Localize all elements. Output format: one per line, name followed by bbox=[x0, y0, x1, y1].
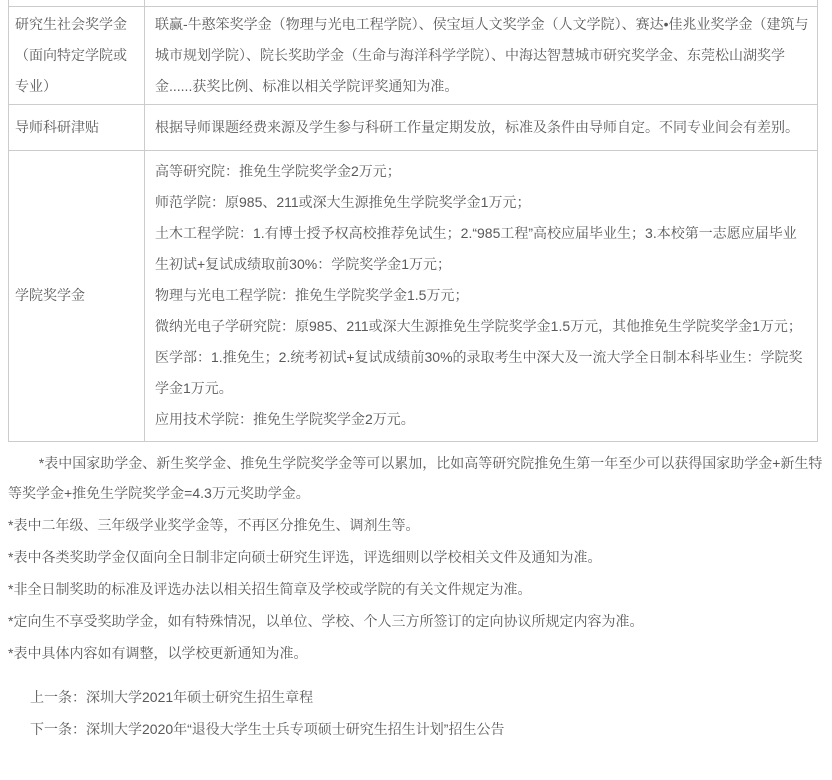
cell-text-line: 师范学院：原985、211或深大生源推免生学院奖学金1万元； bbox=[155, 187, 809, 218]
next-article-label: 下一条： bbox=[30, 721, 86, 737]
footnote-fulltime-only: *表中各类奖助学金仅面向全日制非定向硕士研究生评选，评选细则以学校相关文件及通知… bbox=[8, 542, 824, 572]
article-page: 研究生社会奖学金（面向特定学院或专业） 联赢-牛憨笨奖学金（物理与光电工程学院）… bbox=[0, 0, 832, 780]
row-label-tutor-subsidy: 导师科研津贴 bbox=[9, 105, 145, 151]
cell-text-line: 医学部：1.推免生；2.统考初试+复试成绩前30%的录取考生中深大及一流大学全日… bbox=[155, 342, 809, 404]
footnote-directed: *定向生不享受奖助学金，如有特殊情况，以单位、学校、个人三方所签订的定向协议所规… bbox=[8, 606, 824, 636]
row-content-tutor-subsidy: 根据导师课题经费来源及学生参与科研工作量定期发放，标准及条件由导师自定。不同专业… bbox=[145, 105, 818, 151]
prev-article-label: 上一条： bbox=[30, 689, 86, 705]
row-label-college-scholarship: 学院奖学金 bbox=[9, 151, 145, 442]
footnotes: *表中国家助学金、新生奖学金、推免生学院奖学金等可以累加，比如高等研究院推免生第… bbox=[8, 448, 824, 668]
article-nav: 上一条：深圳大学2021年硕士研究生招生章程 下一条：深圳大学2020年“退役大… bbox=[30, 682, 832, 744]
prev-article-link[interactable]: 深圳大学2021年硕士研究生招生章程 bbox=[86, 689, 313, 705]
table-row-tutor-subsidy: 导师科研津贴 根据导师课题经费来源及学生参与科研工作量定期发放，标准及条件由导师… bbox=[9, 105, 818, 151]
table-row-social-scholarship: 研究生社会奖学金（面向特定学院或专业） 联赢-牛憨笨奖学金（物理与光电工程学院）… bbox=[9, 7, 818, 105]
scholarship-table: 研究生社会奖学金（面向特定学院或专业） 联赢-牛憨笨奖学金（物理与光电工程学院）… bbox=[8, 0, 818, 442]
cell-text-line: 联赢-牛憨笨奖学金（物理与光电工程学院）、侯宝垣人文奖学金（人文学院）、赛达•佳… bbox=[155, 9, 809, 102]
footnote-parttime: *非全日制奖助的标准及评选办法以相关招生简章及学校或学院的有关文件规定为准。 bbox=[8, 574, 824, 604]
footnote-grade: *表中二年级、三年级学业奖学金等，不再区分推免生、调剂生等。 bbox=[8, 510, 824, 540]
prev-article-line: 上一条：深圳大学2021年硕士研究生招生章程 bbox=[30, 682, 832, 712]
next-article-line: 下一条：深圳大学2020年“退役大学生士兵专项硕士研究生招生计划”招生公告 bbox=[30, 714, 832, 744]
cell-text-line: 土木工程学院：1.有博士授予权高校推荐免试生；2.“985工程”高校应届毕业生；… bbox=[155, 218, 809, 280]
table-row-college-scholarship: 学院奖学金 高等研究院：推免生学院奖学金2万元；师范学院：原985、211或深大… bbox=[9, 151, 818, 442]
cell-text-line: 物理与光电工程学院：推免生学院奖学金1.5万元； bbox=[155, 280, 809, 311]
footnote-stackable: *表中国家助学金、新生奖学金、推免生学院奖学金等可以累加，比如高等研究院推免生第… bbox=[8, 448, 824, 508]
footnote-updates: *表中具体内容如有调整，以学校更新通知为准。 bbox=[8, 638, 824, 668]
cell-text-line: 高等研究院：推免生学院奖学金2万元； bbox=[155, 156, 809, 187]
cell-text-line: 根据导师课题经费来源及学生参与科研工作量定期发放，标准及条件由导师自定。不同专业… bbox=[155, 112, 809, 143]
row-label-social-scholarship: 研究生社会奖学金（面向特定学院或专业） bbox=[9, 7, 145, 105]
row-content-social-scholarship: 联赢-牛憨笨奖学金（物理与光电工程学院）、侯宝垣人文奖学金（人文学院）、赛达•佳… bbox=[145, 7, 818, 105]
cell-text-line: 应用技术学院：推免生学院奖学金2万元。 bbox=[155, 404, 809, 435]
row-content-college-scholarship: 高等研究院：推免生学院奖学金2万元；师范学院：原985、211或深大生源推免生学… bbox=[145, 151, 818, 442]
next-article-link[interactable]: 深圳大学2020年“退役大学生士兵专项硕士研究生招生计划”招生公告 bbox=[86, 721, 504, 737]
cell-text-line: 微纳光电子学研究院：原985、211或深大生源推免生学院奖学金1.5万元，其他推… bbox=[155, 311, 809, 342]
